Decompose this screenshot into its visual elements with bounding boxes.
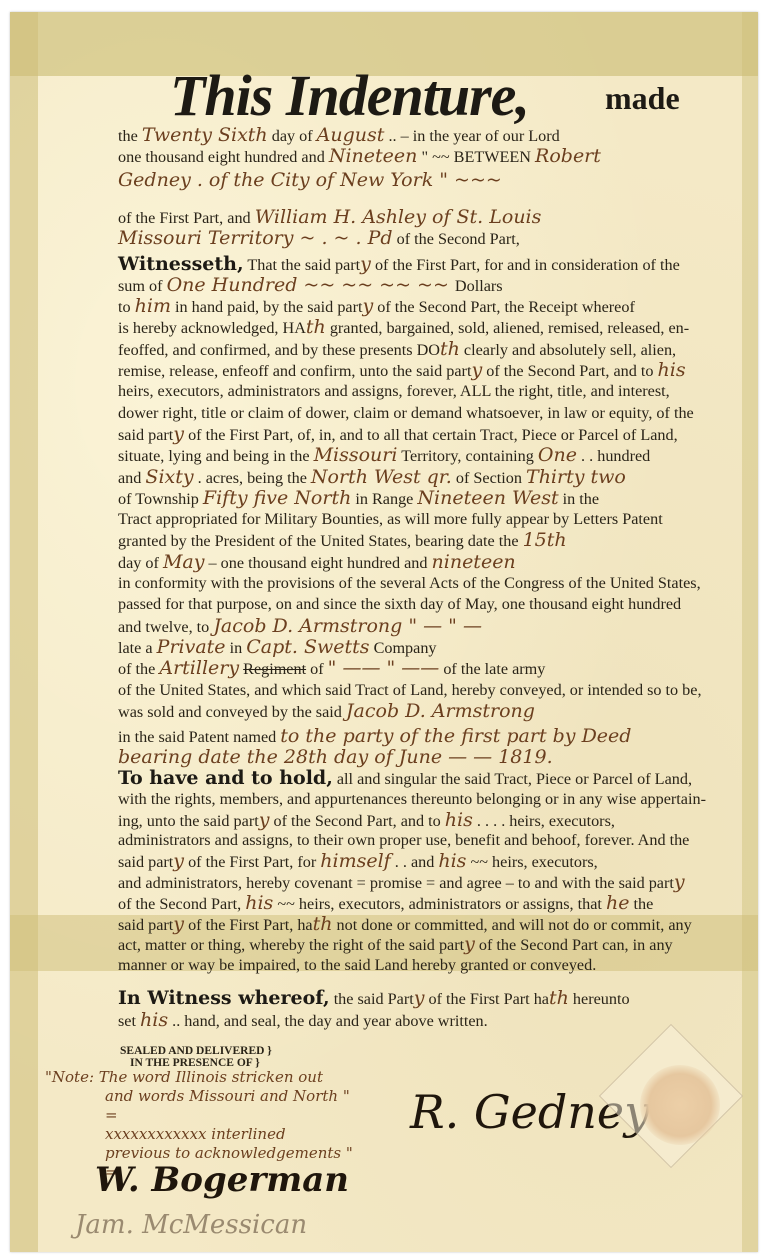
text-line: in conformity with the provisions of the… — [118, 573, 708, 594]
handwritten-entry: he — [606, 892, 629, 914]
witness-signature-2: Jam. McMessican — [75, 1210, 307, 1240]
handwritten-entry: nineteen — [432, 551, 516, 573]
note-line: "Note: The word Illinois stricken out — [45, 1068, 365, 1087]
text-line: day of May – one thousand eight hundred … — [118, 552, 708, 574]
handwritten-entry: Missouri Territory ~ . ~ . Pd — [118, 227, 393, 249]
printed-text: of the First Part, and — [118, 209, 255, 227]
printed-text: was sold and conveyed by the said — [118, 703, 346, 721]
handwritten-entry: Thirty two — [526, 466, 626, 488]
text-line: to him in hand paid, by the said party o… — [118, 296, 708, 318]
text-line: remise, release, enfeoff and confirm, un… — [118, 360, 708, 382]
printed-text: the — [629, 895, 653, 913]
printed-text: . . hundred — [577, 447, 650, 465]
printed-text: all and singular the said Tract, Piece o… — [333, 770, 692, 788]
text-line: dower right, title or claim of dower, cl… — [118, 403, 708, 424]
handwritten-entry: his — [445, 809, 473, 831]
printed-text: Company — [370, 639, 437, 657]
text-line: granted by the President of the United S… — [118, 530, 708, 552]
printed-text: in hand paid, by the said part — [171, 298, 363, 316]
printed-text: and — [118, 469, 145, 487]
printed-text: .. – in the year of our Lord — [384, 127, 559, 145]
printed-text: . . . . heirs, executors, — [473, 812, 615, 830]
printed-text: day of — [118, 554, 163, 572]
printed-text: the — [118, 127, 142, 145]
handwritten-entry: One — [538, 444, 577, 466]
text-line: manner or way be impaired, to the said L… — [118, 955, 708, 976]
handwritten-entry: his — [438, 850, 466, 872]
printed-text: of the Second Part, and to — [269, 812, 444, 830]
printed-text: ~~ heirs, executors, — [466, 853, 597, 871]
note-line: and words Missouri and North " = — [45, 1087, 365, 1125]
printed-text: of Section — [452, 469, 526, 487]
handwritten-entry: y — [471, 359, 482, 381]
handwritten-entry: Jacob D. Armstrong — [346, 700, 535, 722]
printed-text: in conformity with the provisions of the… — [118, 574, 701, 592]
sealed-label-line-1: SEALED AND DELIVERED } — [120, 1045, 272, 1057]
handwritten-entry: y — [173, 423, 184, 445]
text-line: ing, unto the said party of the Second P… — [118, 810, 708, 832]
handwritten-entry: North West qr. — [311, 466, 452, 488]
printed-text: clearly and absolutely sell, alien, — [460, 341, 676, 359]
handwritten-entry: August — [317, 124, 385, 146]
printed-text: situate, lying and being in the — [118, 447, 314, 465]
printed-text: " ~~ BETWEEN — [417, 148, 535, 166]
printed-text: of the late army — [439, 660, 545, 678]
tape-strip-left — [10, 12, 38, 1252]
clause-heading: In Witness whereof, — [118, 987, 330, 1009]
handwritten-entry: One Hundred — [167, 274, 298, 296]
printed-text: in the — [559, 490, 599, 508]
printed-text: with the rights, members, and appurtenan… — [118, 790, 706, 808]
printed-text: ~~ heirs, executors, administrators or a… — [273, 895, 606, 913]
handwritten-entry: his — [140, 1009, 168, 1031]
handwritten-entry: to the party of the first part by Deed — [280, 725, 631, 747]
printed-text: of the United States, and which said Tra… — [118, 681, 702, 699]
note-line: xxxxxxxxxxxx interlined — [45, 1125, 365, 1144]
printed-text: late a — [118, 639, 157, 657]
handwritten-entry: May — [163, 551, 205, 573]
text-line: and twelve, to Jacob D. Armstrong " — " … — [118, 616, 708, 638]
handwritten-entry: y — [173, 913, 184, 935]
handwritten-entry: him — [135, 295, 171, 317]
handwritten-entry: th — [306, 316, 326, 338]
handwritten-entry: y — [464, 933, 475, 955]
printed-text: hereunto — [569, 990, 630, 1008]
printed-text: in Range — [351, 490, 417, 508]
printed-text: of the Second Part can, in any — [475, 936, 673, 954]
printed-text: act, matter or thing, whereby the right … — [118, 936, 464, 954]
handwritten-entry: bearing date the 28th day of June — — 18… — [118, 746, 553, 768]
handwritten-entry: his — [658, 359, 686, 381]
text-line: passed for that purpose, on and since th… — [118, 594, 708, 615]
printed-text: set — [118, 1012, 140, 1030]
document-title-suffix: made — [605, 80, 680, 117]
handwritten-entry: " —— " —— — [328, 657, 440, 679]
handwritten-entry: Nineteen West — [417, 487, 558, 509]
printed-text: . acres, being the — [194, 469, 311, 487]
handwritten-entry: Nineteen — [329, 145, 418, 167]
wafer-seal — [640, 1065, 720, 1145]
handwritten-entry: y — [173, 850, 184, 872]
handwritten-entry: y — [360, 253, 371, 275]
handwritten-entry: his — [245, 892, 273, 914]
printed-text: sum of — [118, 277, 167, 295]
handwritten-entry: Jacob D. Armstrong " — " — — [213, 615, 482, 637]
tape-strip-right — [742, 12, 758, 1252]
text-line: said party of the First Part, hath not d… — [118, 914, 708, 936]
text-line: To have and to hold, all and singular th… — [118, 768, 708, 790]
printed-text: in the said Patent named — [118, 728, 280, 746]
printed-text: of the Second Part, and to — [482, 362, 657, 380]
sealed-delivered-label: SEALED AND DELIVERED } IN THE PRESENCE O… — [120, 1045, 272, 1069]
printed-text: and administrators, hereby covenant = pr… — [118, 874, 674, 892]
handwritten-entry: Gedney . of the City of New York " ~~~ — [118, 169, 502, 191]
printed-text: of the Second Part, — [393, 230, 520, 248]
text-line: said party of the First Part, of, in, an… — [118, 424, 708, 446]
printed-text: of the Second Part, the Receipt whereof — [373, 298, 635, 316]
handwritten-entry: Private — [157, 636, 226, 658]
handwritten-entry: 15th — [523, 529, 567, 551]
printed-text: of the First Part, for and in considerat… — [371, 256, 680, 274]
printed-text: to — [118, 298, 135, 316]
printed-text: of — [306, 660, 328, 678]
handwritten-entry: y — [414, 987, 425, 1009]
printed-text: granted by the President of the United S… — [118, 532, 523, 550]
text-line: feoffed, and confirmed, and by these pre… — [118, 339, 708, 361]
text-line: set his .. hand, and seal, the day and y… — [118, 1010, 708, 1032]
handwritten-entry: Missouri — [314, 444, 398, 466]
text-line: with the rights, members, and appurtenan… — [118, 789, 708, 810]
text-line: and administrators, hereby covenant = pr… — [118, 872, 708, 894]
printed-text: administrators and assigns, to their own… — [118, 831, 689, 849]
handwritten-entry: Robert — [535, 145, 601, 167]
printed-text: passed for that purpose, on and since th… — [118, 595, 681, 613]
text-line: late a Private in Capt. Swetts Company — [118, 637, 708, 659]
text-line: was sold and conveyed by the said Jacob … — [118, 701, 708, 723]
handwritten-entry: Twenty Sixth — [142, 124, 268, 146]
printed-text: of the First Part, for — [184, 853, 320, 871]
printed-text: day of — [268, 127, 317, 145]
printed-text: of the First Part ha — [424, 990, 549, 1008]
text-line: Missouri Territory ~ . ~ . Pd of the Sec… — [118, 228, 708, 250]
printed-text: of the First Part, ha — [184, 916, 313, 934]
printed-text: of Township — [118, 490, 203, 508]
clause-heading: To have and to hold, — [118, 767, 333, 789]
printed-text: granted, bargained, sold, aliened, remis… — [326, 319, 689, 337]
text-line: act, matter or thing, whereby the right … — [118, 934, 708, 956]
printed-text: heirs, executors, administrators and ass… — [118, 382, 670, 400]
printed-text: not done or committed, and will not do o… — [333, 916, 692, 934]
text-line: Tract appropriated for Military Bounties… — [118, 509, 708, 530]
handwritten-entry: ~~ ~~ ~~ ~~ — [297, 274, 455, 296]
text-line: In Witness whereof, the said Party of th… — [118, 988, 708, 1010]
text-line: of the United States, and which said Tra… — [118, 680, 708, 701]
text-line: heirs, executors, administrators and ass… — [118, 381, 708, 402]
handwritten-entry: th — [313, 913, 333, 935]
text-line: is hereby acknowledged, HAth granted, ba… — [118, 317, 708, 339]
printed-text: in — [226, 639, 247, 657]
handwritten-entry: William H. Ashley of St. Louis — [255, 206, 542, 228]
printed-text: feoffed, and confirmed, and by these pre… — [118, 341, 440, 359]
printed-text: manner or way be impaired, to the said L… — [118, 956, 596, 974]
printed-text: remise, release, enfeoff and confirm, un… — [118, 362, 471, 380]
printed-text: and twelve, to — [118, 618, 213, 636]
printed-text: Tract appropriated for Military Bounties… — [118, 510, 663, 528]
text-line: the Twenty Sixth day of August .. – in t… — [118, 125, 708, 147]
text-line: situate, lying and being in the Missouri… — [118, 445, 708, 467]
handwritten-entry: th — [549, 987, 569, 1009]
text-line: sum of One Hundred ~~ ~~ ~~ ~~ Dollars — [118, 275, 708, 297]
printed-text: dower right, title or claim of dower, cl… — [118, 404, 694, 422]
handwritten-entry: y — [259, 809, 270, 831]
printed-text: of the Second Part, — [118, 895, 245, 913]
witness-signature-1: W. Bogerman — [95, 1160, 349, 1200]
text-line: in the said Patent named to the party of… — [118, 726, 708, 748]
handwritten-entry: y — [674, 871, 685, 893]
printed-text: of the — [118, 660, 159, 678]
text-line: administrators and assigns, to their own… — [118, 830, 708, 851]
printed-text: said part — [118, 426, 173, 444]
handwritten-entry: Artillery — [159, 657, 239, 679]
text-line: said party of the First Part, for himsel… — [118, 851, 708, 873]
printed-text: the said Part — [330, 990, 414, 1008]
printed-text: said part — [118, 916, 173, 934]
text-line: Gedney . of the City of New York " ~~~ — [118, 170, 708, 192]
printed-text: That the said part — [244, 256, 361, 274]
printed-text: one thousand eight hundred and — [118, 148, 329, 166]
handwritten-entry: Sixty — [145, 466, 193, 488]
printed-text: Dollars — [455, 277, 503, 295]
text-line: and Sixty . acres, being the North West … — [118, 467, 708, 489]
clause-heading: Witnesseth, — [118, 253, 244, 275]
text-line: of Township Fifty five North in Range Ni… — [118, 488, 708, 510]
struck-text: Regiment — [243, 660, 306, 678]
handwritten-entry: y — [363, 295, 374, 317]
printed-text: . . and — [391, 853, 439, 871]
text-line: Witnesseth, That the said party of the F… — [118, 254, 708, 276]
handwritten-entry: Fifty five North — [203, 487, 351, 509]
printed-text: Territory, containing — [397, 447, 537, 465]
document-title: This Indenture, — [170, 62, 529, 129]
printed-text: said part — [118, 853, 173, 871]
printed-text: – one thousand eight hundred and — [204, 554, 431, 572]
printed-text: of the First Part, of, in, and to all th… — [184, 426, 678, 444]
text-line: of the Second Part, his ~~ heirs, execut… — [118, 893, 708, 915]
text-line: of the Artillery Regiment of " —— " —— o… — [118, 658, 708, 680]
printed-text: is hereby acknowledged, HA — [118, 319, 306, 337]
printed-text: .. hand, and seal, the day and year abov… — [168, 1012, 488, 1030]
handwritten-entry: th — [440, 338, 460, 360]
text-line: of the First Part, and William H. Ashley… — [118, 207, 708, 229]
text-line: one thousand eight hundred and Nineteen … — [118, 146, 708, 168]
handwritten-entry: Capt. Swetts — [246, 636, 369, 658]
handwritten-entry: himself — [320, 850, 390, 872]
printed-text: ing, unto the said part — [118, 812, 259, 830]
